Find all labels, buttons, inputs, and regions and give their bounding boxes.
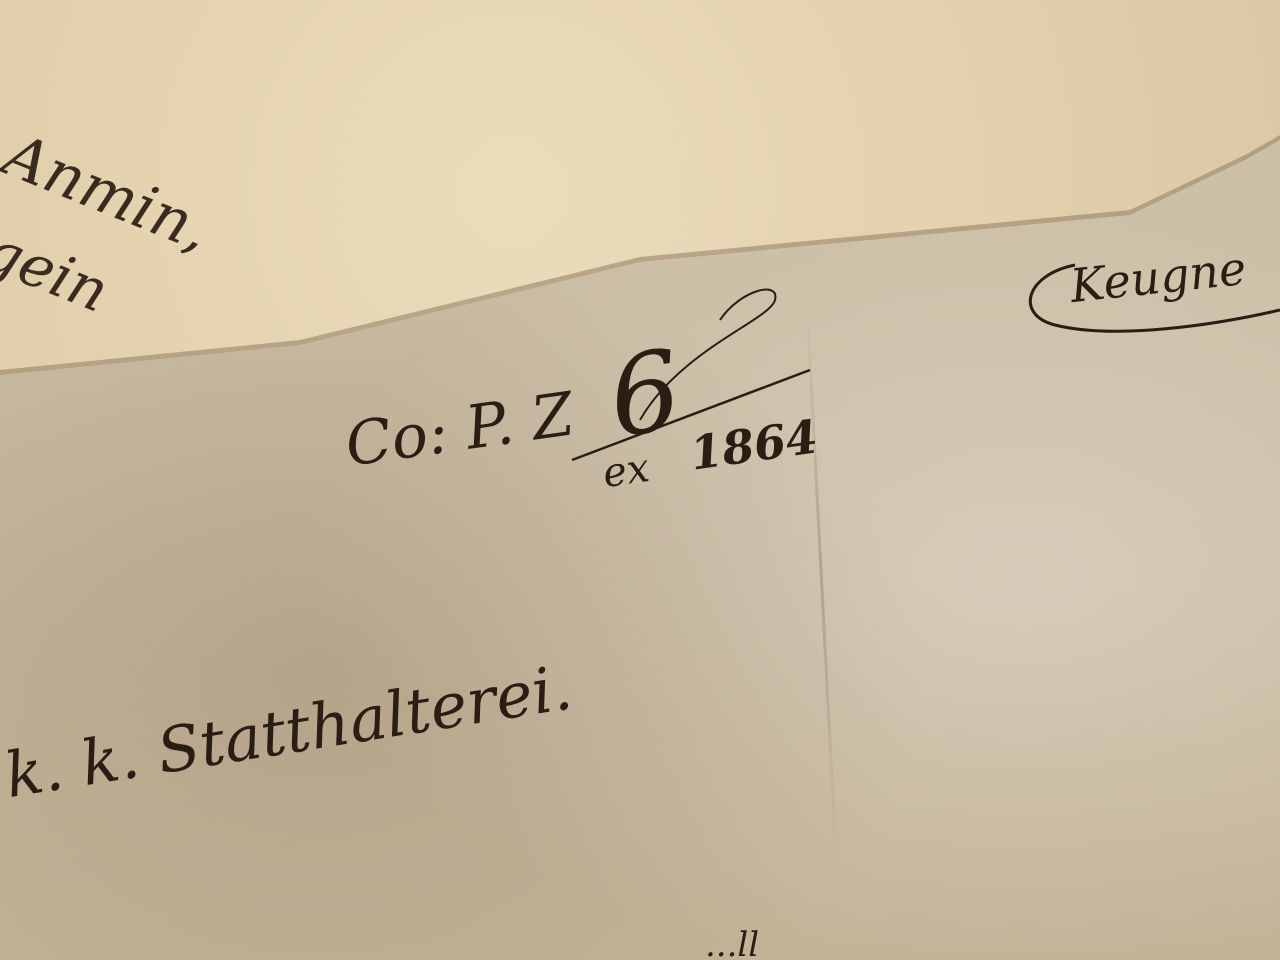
reference-ex: ex (600, 445, 652, 497)
bottom-fragment: ...ll (705, 925, 759, 960)
